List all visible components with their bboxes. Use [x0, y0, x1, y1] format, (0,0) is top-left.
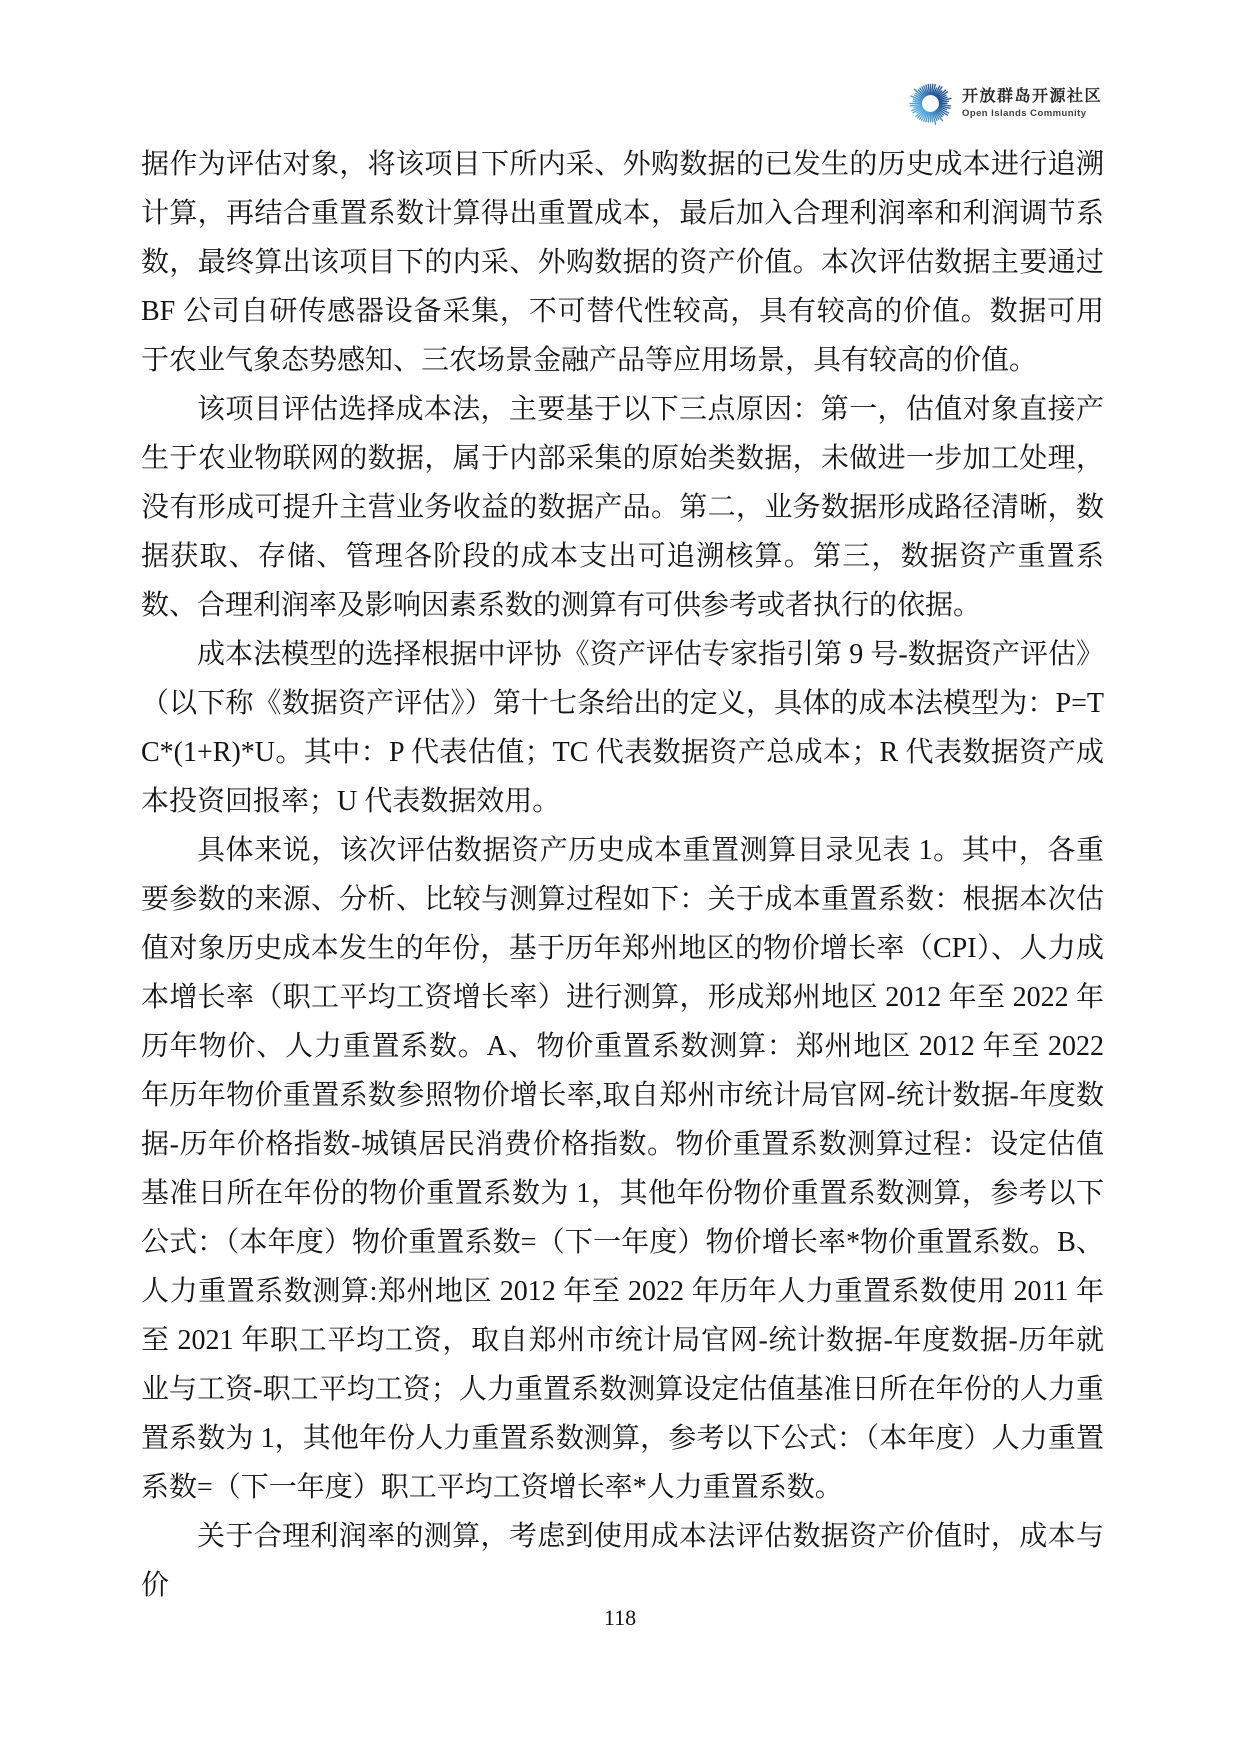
logo-title-zh: 开放群岛开源社区: [962, 88, 1102, 106]
page-footer: 118: [0, 1605, 1240, 1631]
logo: 开放群岛开源社区 Open Islands Community: [907, 80, 1102, 127]
paragraph: 关于合理利润率的测算，考虑到使用成本法评估数据资产价值时，成本与价: [141, 1512, 1104, 1610]
document-page: 开放群岛开源社区 Open Islands Community 据作为评估对象，…: [0, 0, 1240, 1753]
paragraph: 该项目评估选择成本法，主要基于以下三点原因：第一，估值对象直接产生于农业物联网的…: [141, 385, 1104, 630]
page-number: 118: [604, 1605, 636, 1630]
sunburst-icon: [907, 80, 954, 127]
document-body: 据作为评估对象，将该项目下所内采、外购数据的已发生的历史成本进行追溯计算，再结合…: [141, 140, 1104, 1610]
logo-subtitle-en: Open Islands Community: [962, 108, 1102, 119]
paragraph: 据作为评估对象，将该项目下所内采、外购数据的已发生的历史成本进行追溯计算，再结合…: [141, 140, 1104, 385]
logo-text: 开放群岛开源社区 Open Islands Community: [962, 88, 1102, 119]
paragraph: 具体来说，该次评估数据资产历史成本重置测算目录见表 1。其中，各重要参数的来源、…: [141, 826, 1104, 1512]
paragraph: 成本法模型的选择根据中评协《资产评估专家指引第 9 号-数据资产评估》（以下称《…: [141, 630, 1104, 826]
